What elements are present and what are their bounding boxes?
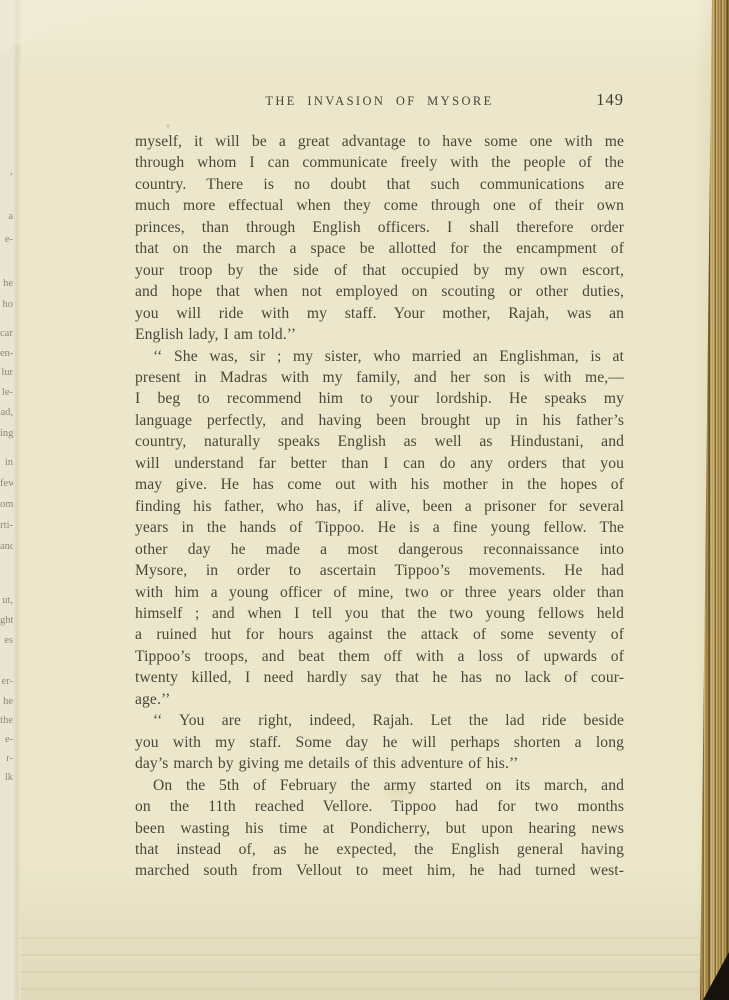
page-edge-text-fragment: lk: [0, 772, 13, 784]
text-line: English lady, I am told.’’: [135, 324, 624, 345]
book-photo: ’ a e- he ho can en- lur le- ad, ing in …: [0, 0, 729, 1000]
text-line: country. There is no doubt that such com…: [135, 174, 624, 195]
text-line: that instead of, as he expected, the Eng…: [135, 839, 624, 860]
text-line: Tippoo’s troops, and beat them off with …: [135, 646, 624, 667]
text-line: Mysore, in order to ascertain Tippoo’s m…: [135, 560, 624, 581]
text-line: marched south from Vellout to meet him, …: [135, 860, 624, 881]
text-line: I beg to recommend him to your lordship.…: [135, 388, 624, 409]
text-line: you with my staff. Some day he will perh…: [135, 732, 624, 753]
page-number: 149: [596, 90, 624, 110]
page-edge-text-fragment: ad,: [0, 407, 13, 419]
text-line: other day he made a most dangerous recon…: [135, 539, 624, 560]
text-line: will understand far better than I can do…: [135, 453, 624, 474]
text-line: on the 11th reached Vellore. Tippoo had …: [135, 796, 624, 817]
text-line: ‘‘ She was, sir ; my sister, who married…: [135, 346, 624, 367]
text-line: himself ; and when I tell you that the t…: [135, 603, 624, 624]
page-edge-text-fragment: lur: [0, 367, 13, 379]
paragraph: ‘‘ She was, sir ; my sister, who married…: [135, 346, 624, 711]
text-line: may give. He has come out with his mothe…: [135, 474, 624, 495]
text-line: a ruined hut for hours against the attac…: [135, 624, 624, 645]
text-line: and hope that when not employed on scout…: [135, 281, 624, 302]
page-edge-text-fragment: ’: [0, 172, 13, 184]
facing-page-edge: ’ a e- he ho can en- lur le- ad, ing in …: [0, 0, 21, 1000]
page-edge-text-fragment: ho: [0, 299, 13, 311]
page-edge-text-fragment: r-: [0, 753, 13, 765]
text-line: been wasting his time at Pondicherry, bu…: [135, 818, 624, 839]
text-line: On the 5th of February the army started …: [135, 775, 624, 796]
text-line: years in the hands of Tippoo. He is a fi…: [135, 517, 624, 538]
page-edge-text-fragment: he: [0, 696, 13, 708]
page-edge-text-fragment: can: [0, 328, 13, 340]
text-line: day’s march by giving me details of this…: [135, 753, 624, 774]
text-line: finding his father, who has, if alive, b…: [135, 496, 624, 517]
text-line: myself, it will be a great advantage to …: [135, 131, 624, 152]
page-edge-text-fragment: le-: [0, 387, 13, 399]
paragraph: ‘‘ You are right, indeed, Rajah. Let the…: [135, 710, 624, 774]
text-line: language perfectly, and having been brou…: [135, 410, 624, 431]
text-line: present in Madras with my family, and he…: [135, 367, 624, 388]
page-edge-text-fragment: few: [0, 478, 13, 490]
page-edge-text-fragment: en-: [0, 348, 13, 360]
page-header: THE INVASION OF MYSORE 149: [135, 92, 624, 112]
text-line: country, naturally speaks English as wel…: [135, 431, 624, 452]
page-edge-text-fragment: in: [0, 457, 13, 469]
page-edge-text-fragment: er-: [0, 676, 13, 688]
page-edge-text-fragment: ut,: [0, 595, 13, 607]
page-edge-text-fragment: es: [0, 635, 13, 647]
paper-texture-bands: [20, 922, 699, 1000]
page-body-text: myself, it will be a great advantage to …: [135, 131, 624, 882]
text-line: through whom I can communicate freely wi…: [135, 152, 624, 173]
page-edge-text-fragment: he: [0, 278, 13, 290]
running-header: THE INVASION OF MYSORE: [135, 94, 624, 109]
page-edge-text-fragment: rti-: [0, 520, 13, 532]
page-edge-text-fragment: ing: [0, 428, 13, 440]
page-edge-text-fragment: e-: [0, 734, 13, 746]
page-edge-text-fragment: a: [0, 211, 13, 223]
paragraph: myself, it will be a great advantage to …: [135, 131, 624, 346]
text-line: you will ride with my staff. Your mother…: [135, 303, 624, 324]
paragraph: On the 5th of February the army started …: [135, 775, 624, 882]
text-line: ‘‘ You are right, indeed, Rajah. Let the…: [135, 710, 624, 731]
page-edge-text-fragment: om: [0, 499, 13, 511]
text-line: your troop by the side of that occupied …: [135, 260, 624, 281]
text-line: age.’’: [135, 689, 624, 710]
page-edge-text-fragment: and: [0, 541, 13, 553]
text-line: princes, than through English officers. …: [135, 217, 624, 238]
text-line: that on the march a space be allotted fo…: [135, 238, 624, 259]
text-line: twenty killed, I need hardly say that he…: [135, 667, 624, 688]
text-line: much more effectual when they come throu…: [135, 195, 624, 216]
page-edge-text-fragment: e-: [0, 234, 13, 246]
page-edge-text-fragment: ght: [0, 615, 13, 627]
text-line: with him a young officer of mine, two or…: [135, 582, 624, 603]
page-edge-text-fragment: the: [0, 715, 13, 727]
